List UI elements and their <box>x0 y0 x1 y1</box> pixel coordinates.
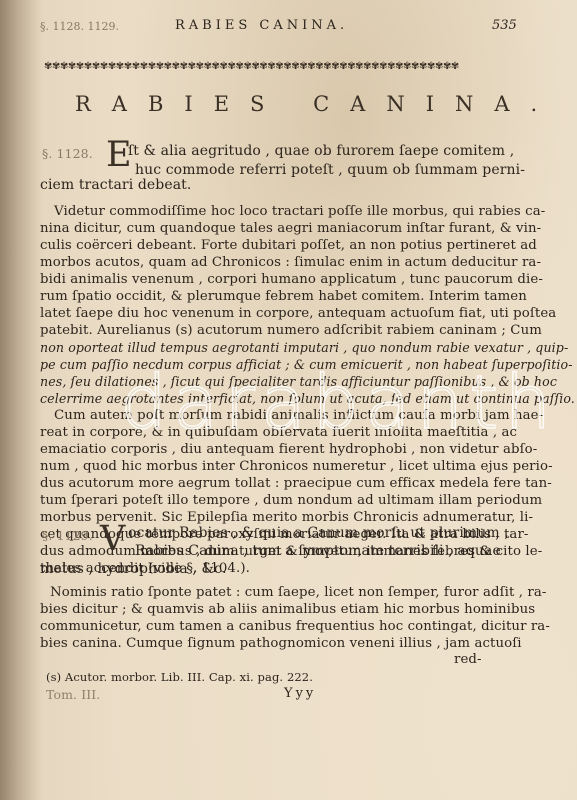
commentary-line: latet ſaepe diu hoc venenum in corpore, … <box>40 306 556 321</box>
aphorism-1128-line-3: ciem tractari debeat. <box>40 177 191 193</box>
commentary-line: Videtur commodiſſime hoc loco tractari p… <box>54 204 545 219</box>
footnote: (s) Acutor. morbor. Lib. III. Cap. xi. p… <box>46 670 313 684</box>
dropcap-v: V <box>100 522 125 557</box>
commentary-line: bidi animalis venenum , corpori humano a… <box>40 272 543 287</box>
commentary-line: patebit. Aurelianus (s) acutorum numero … <box>40 323 542 338</box>
chapter-title: RABIES CANINA. <box>75 92 558 116</box>
commentary-line: Nominis ratio ſponte patet : cum ſaepe, … <box>50 585 546 600</box>
commentary-line-italic-quote: non oporteat illud tempus aegrotanti imp… <box>40 340 568 355</box>
volume-label: Tom. III. <box>46 687 100 702</box>
commentary-line: rum ſpatio occidit, & plerumque febrem h… <box>40 289 527 304</box>
commentary-line: communicetur, cum tamen a canibus freque… <box>40 619 550 634</box>
aphorism-1129-line-1: ocatur Rabies , & quia a Canum morſu ut … <box>128 525 509 541</box>
section-number-1128: §. 1128. <box>42 146 93 161</box>
commentary-line: morbos acutos, quam ad Chronicos : ſimul… <box>40 255 541 270</box>
page-number: 535 <box>492 18 517 33</box>
aphorism-1128-line-2: huc commode referri poteſt , quum ob ſum… <box>135 162 525 178</box>
commentary-line: dus acutorum more aegrum tollat : praeci… <box>40 476 552 491</box>
commentary-line: bies dicitur ; & quamvis ab aliis animal… <box>40 602 535 617</box>
ornament-band: ✾✾✾✾✾✾✾✾✾✾✾✾✾✾✾✾✾✾✾✾✾✾✾✾✾✾✾✾✾✾✾✾✾✾✾✾✾✾✾✾… <box>44 59 490 75</box>
catchword: red- <box>454 652 482 667</box>
aphorism-1129-line-2: Rabies Canina , tum a ſymptomate terribi… <box>135 543 501 559</box>
commentary-line: nina dicitur, cum quandoque tales aegri … <box>40 221 541 236</box>
commentary-line: num , quod hic morbus inter Chronicos nu… <box>40 459 553 474</box>
commentary-line: tum ſperari poteſt illo tempore , dum no… <box>40 493 542 508</box>
aphorism-1129-line-3: metus , hydrophobia , &c. <box>40 561 227 577</box>
section-number-1129: §. 1129. <box>42 528 93 543</box>
running-head-title: RABIES CANINA. <box>175 18 348 33</box>
commentary-line: culis coërceri debeant. Forte dubitari p… <box>40 238 537 253</box>
aphorism-1128-line-1: ſt & alia aegritudo , quae ob furorem ſa… <box>128 143 514 159</box>
book-page: §. 1128. 1129. RABIES CANINA. 535 ✾✾✾✾✾✾… <box>0 0 577 800</box>
watermark: darabanth <box>120 360 557 446</box>
signature-mark: Yyy <box>284 686 316 701</box>
commentary-line: bies canina. Cumque ſignum pathognomicon… <box>40 636 522 651</box>
running-head-section-range: §. 1128. 1129. <box>40 20 119 33</box>
spine-shadow <box>0 0 40 800</box>
